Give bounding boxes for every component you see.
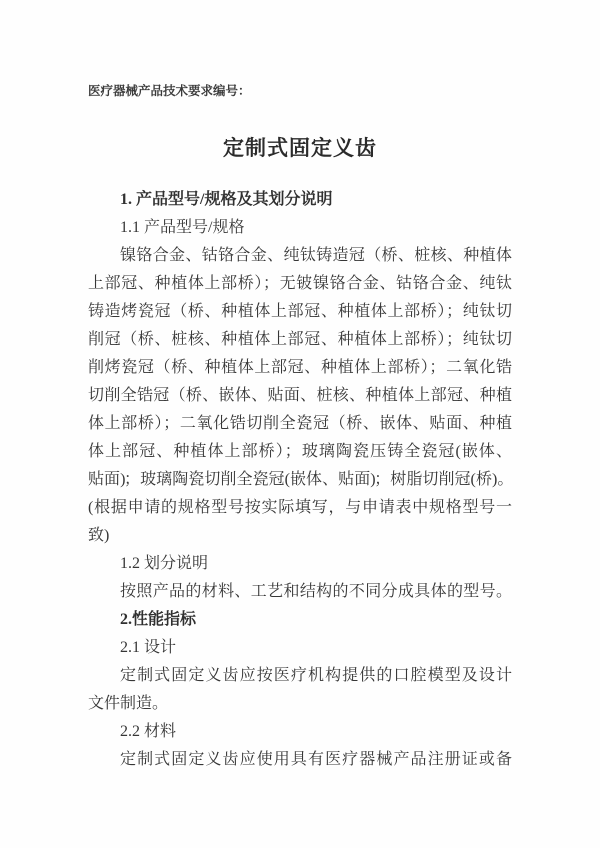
spec-paragraph-line: 切削全锆冠（桥、嵌体、贴面、桩核、种植体上部冠、种植 bbox=[88, 382, 512, 410]
design-paragraph-line: 文件制造。 bbox=[88, 690, 512, 718]
section-2-heading: 2.性能指标 bbox=[88, 606, 512, 634]
section-1-heading: 1. 产品型号/规格及其划分说明 bbox=[88, 186, 512, 214]
spec-paragraph-line: (根据申请的规格型号按实际填写，与申请表中规格型号一 bbox=[88, 494, 512, 522]
spec-paragraph-line: 削烤瓷冠（桥、种植体上部冠、种植体上部桥）；二氧化锆 bbox=[88, 354, 512, 382]
section-1-1-heading: 1.1 产品型号/规格 bbox=[88, 214, 512, 242]
spec-paragraph-line: 贴面)；玻璃陶瓷切削全瓷冠(嵌体、贴面)；树脂切削冠(桥)。 bbox=[88, 466, 512, 494]
spec-paragraph-line: 削冠（桥、桩核、种植体上部冠、种植体上部桥）；纯钛切 bbox=[88, 326, 512, 354]
section-2-2-heading: 2.2 材料 bbox=[88, 718, 512, 746]
spec-paragraph-line: 铸造烤瓷冠（桥、种植体上部冠、种植体上部桥）；纯钛切 bbox=[88, 298, 512, 326]
division-paragraph-line: 按照产品的材料、工艺和结构的不同分成具体的型号。 bbox=[88, 578, 512, 606]
document-page: 医疗器械产品技术要求编号： 定制式固定义齿 1. 产品型号/规格及其划分说明 1… bbox=[0, 0, 600, 848]
spec-paragraph-line: 致) bbox=[88, 522, 512, 550]
spec-paragraph-line: 体上部桥）；二氧化锆切削全瓷冠（桥、嵌体、贴面、种植 bbox=[88, 410, 512, 438]
document-body: 1. 产品型号/规格及其划分说明 1.1 产品型号/规格 镍铬合金、钴铬合金、纯… bbox=[88, 186, 512, 774]
material-paragraph-line: 定制式固定义齿应使用具有医疗器械产品注册证或备 bbox=[88, 746, 512, 774]
spec-paragraph-line: 上部冠、种植体上部桥）；无铍镍铬合金、钴铬合金、纯钛 bbox=[88, 270, 512, 298]
doc-number-label: 医疗器械产品技术要求编号： bbox=[88, 84, 512, 99]
section-1-2-heading: 1.2 划分说明 bbox=[88, 550, 512, 578]
section-2-1-heading: 2.1 设计 bbox=[88, 634, 512, 662]
spec-paragraph-line: 镍铬合金、钴铬合金、纯钛铸造冠（桥、桩核、种植体 bbox=[88, 242, 512, 270]
design-paragraph-line: 定制式固定义齿应按医疗机构提供的口腔模型及设计 bbox=[88, 662, 512, 690]
spec-paragraph-line: 体上部冠、种植体上部桥）；玻璃陶瓷压铸全瓷冠(嵌体、 bbox=[88, 438, 512, 466]
document-title: 定制式固定义齿 bbox=[0, 135, 600, 161]
